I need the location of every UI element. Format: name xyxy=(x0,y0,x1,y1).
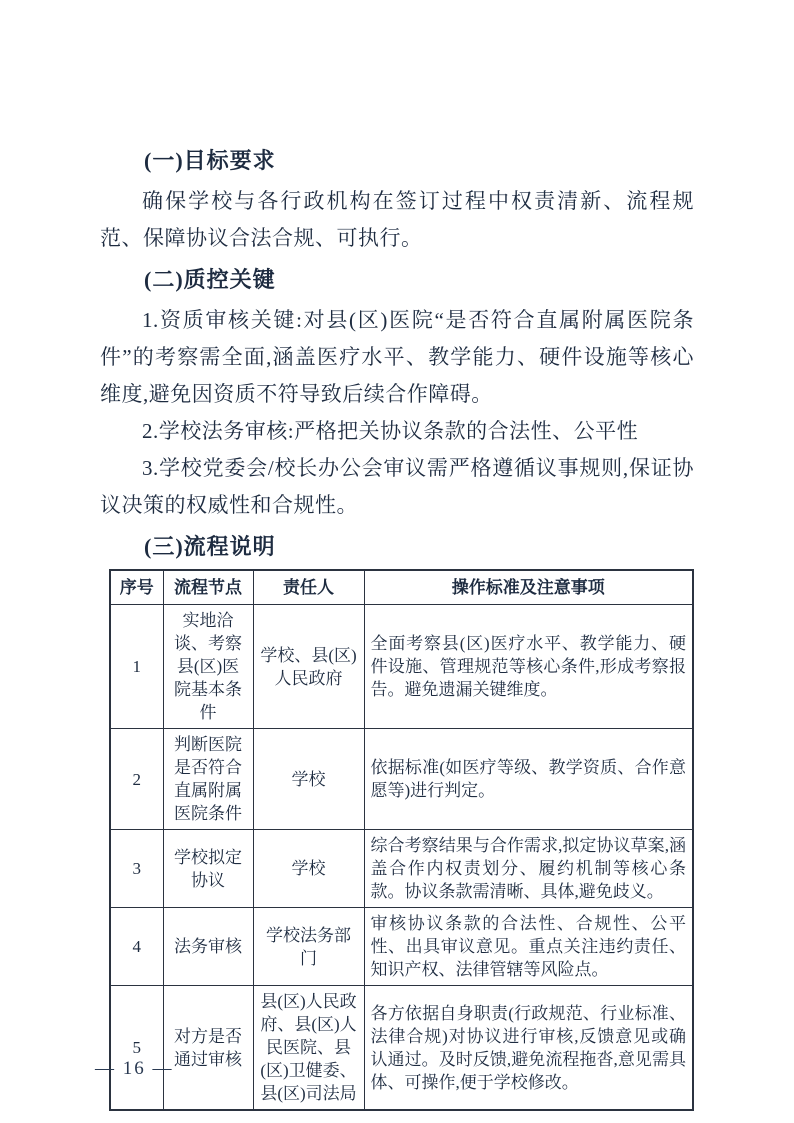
cell-standard: 全面考察县(区)医疗水平、教学能力、硬件设施、管理规范等核心条件,形成考察报告。… xyxy=(364,605,693,729)
document-page: (一)目标要求 确保学校与各行政机构在签订过程中权责清新、流程规范、保障协议合法… xyxy=(0,0,794,1123)
cell-node: 法务审核 xyxy=(163,908,253,986)
page-number: — 16 — xyxy=(95,1058,174,1080)
table-row: 5 对方是否通过审核 县(区)人民政府、县(区)人民医院、县(区)卫健委、县(区… xyxy=(110,986,693,1111)
cell-index: 3 xyxy=(110,830,163,908)
cell-owner: 学校法务部门 xyxy=(253,908,364,986)
col-header-index: 序号 xyxy=(110,570,163,605)
col-header-standard: 操作标准及注意事项 xyxy=(364,570,693,605)
cell-index: 5 xyxy=(110,986,163,1111)
cell-standard: 综合考察结果与合作需求,拟定协议草案,涵盖合作内权责划分、履约机制等核心条款。协… xyxy=(364,830,693,908)
table-row: 4 法务审核 学校法务部门 审核协议条款的合法性、合规性、公平性、出具审议意见。… xyxy=(110,908,693,986)
table-row: 1 实地洽谈、考察县(区)医院基本条件 学校、县(区)人民政府 全面考察县(区)… xyxy=(110,605,693,729)
process-table: 序号 流程节点 责任人 操作标准及注意事项 1 实地洽谈、考察县(区)医院基本条… xyxy=(109,569,694,1111)
section-heading-3: (三)流程说明 xyxy=(100,532,694,562)
cell-standard: 依据标准(如医疗等级、教学资质、合作意愿等)进行判定。 xyxy=(364,729,693,830)
cell-node: 判断医院是否符合直属附属医院条件 xyxy=(163,729,253,830)
section-heading-1: (一)目标要求 xyxy=(100,146,694,176)
section-process-description: (三)流程说明 序号 流程节点 责任人 操作标准及注意事项 xyxy=(100,532,694,1111)
section-heading-2: (二)质控关键 xyxy=(100,265,694,295)
cell-owner: 县(区)人民政府、县(区)人民医院、县(区)卫健委、县(区)司法局 xyxy=(253,986,364,1111)
paragraph: 2.学校法务审核:严格把关协议条款的合法性、公平性 xyxy=(100,413,694,450)
cell-index: 2 xyxy=(110,729,163,830)
paragraph: 确保学校与各行政机构在签订过程中权责清新、流程规范、保障协议合法合规、可执行。 xyxy=(100,183,694,257)
document-content: (一)目标要求 确保学校与各行政机构在签订过程中权责清新、流程规范、保障协议合法… xyxy=(100,146,694,1117)
cell-owner: 学校 xyxy=(253,729,364,830)
table-row: 2 判断医院是否符合直属附属医院条件 学校 依据标准(如医疗等级、教学资质、合作… xyxy=(110,729,693,830)
section-goal-requirements: (一)目标要求 确保学校与各行政机构在签订过程中权责清新、流程规范、保障协议合法… xyxy=(100,146,694,257)
cell-owner: 学校、县(区)人民政府 xyxy=(253,605,364,729)
paragraph: 1.资质审核关键:对县(区)医院“是否符合直属附属医院条件”的考察需全面,涵盖医… xyxy=(100,302,694,413)
cell-node: 实地洽谈、考察县(区)医院基本条件 xyxy=(163,605,253,729)
paragraph: 3.学校党委会/校长办公会审议需严格遵循议事规则,保证协议决策的权威性和合规性。 xyxy=(100,450,694,524)
cell-node: 学校拟定协议 xyxy=(163,830,253,908)
col-header-owner: 责任人 xyxy=(253,570,364,605)
cell-index: 1 xyxy=(110,605,163,729)
section-quality-control: (二)质控关键 1.资质审核关键:对县(区)医院“是否符合直属附属医院条件”的考… xyxy=(100,265,694,524)
table-header-row: 序号 流程节点 责任人 操作标准及注意事项 xyxy=(110,570,693,605)
cell-standard: 各方依据自身职责(行政规范、行业标准、法律合规)对协议进行审核,反馈意见或确认通… xyxy=(364,986,693,1111)
cell-node: 对方是否通过审核 xyxy=(163,986,253,1111)
col-header-node: 流程节点 xyxy=(163,570,253,605)
cell-owner: 学校 xyxy=(253,830,364,908)
cell-standard: 审核协议条款的合法性、合规性、公平性、出具审议意见。重点关注违约责任、知识产权、… xyxy=(364,908,693,986)
table-row: 3 学校拟定协议 学校 综合考察结果与合作需求,拟定协议草案,涵盖合作内权责划分… xyxy=(110,830,693,908)
cell-index: 4 xyxy=(110,908,163,986)
